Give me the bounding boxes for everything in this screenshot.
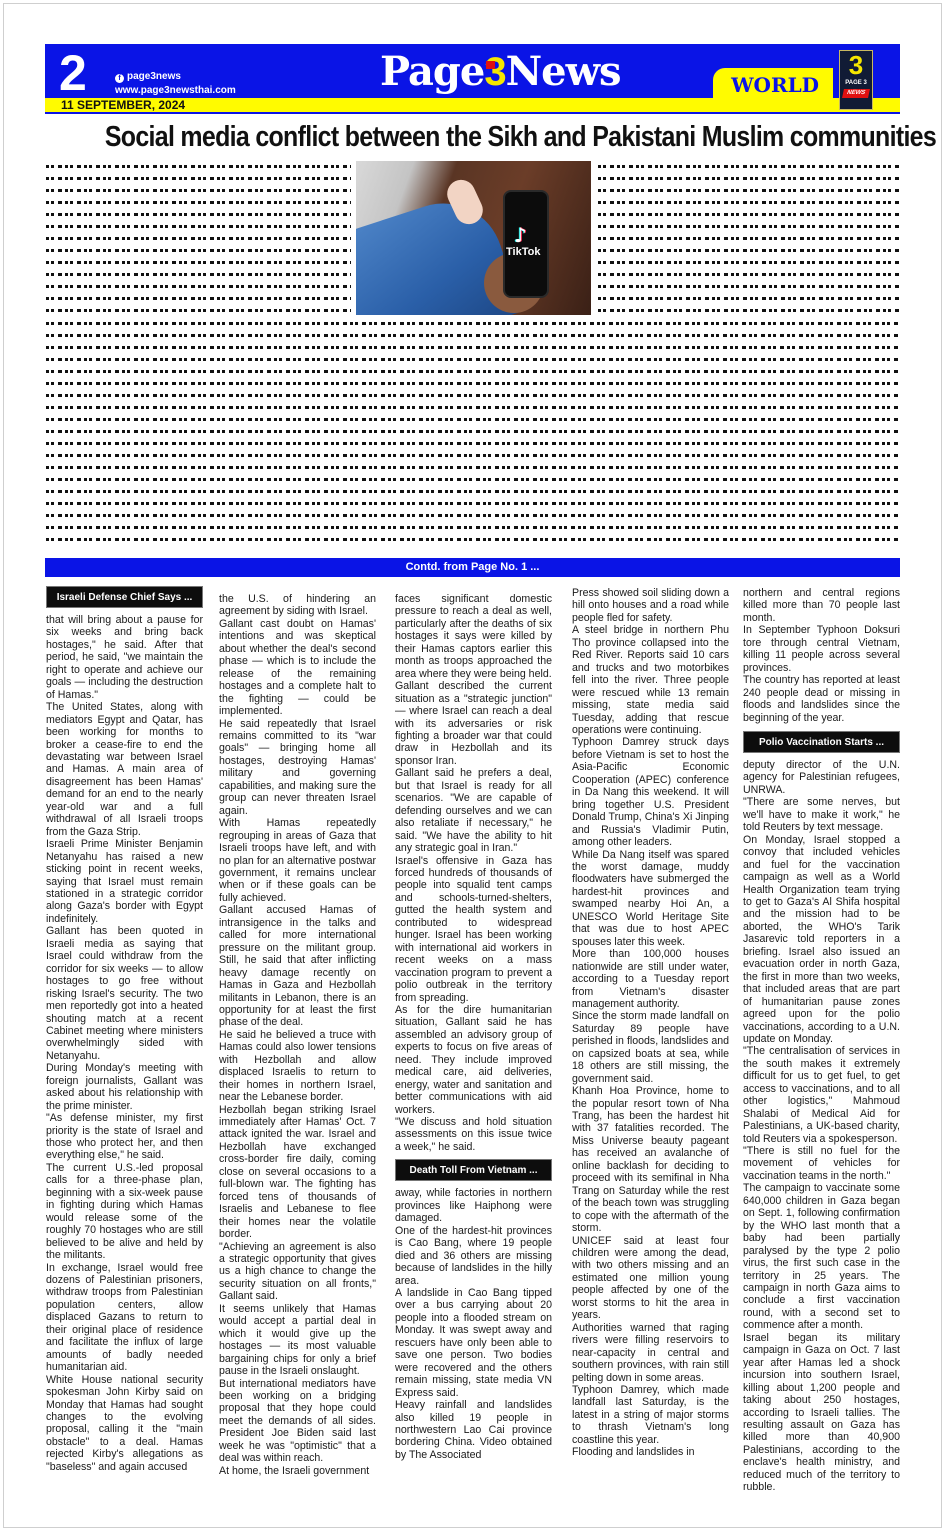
paragraph: While Da Nang itself was spared the wors… (572, 849, 729, 949)
paragraph: the U.S. of hindering an agreement by si… (219, 593, 376, 618)
continued-banner: Contd. from Page No. 1 ... (45, 558, 900, 577)
paragraph: In exchange, Israel would free dozens of… (46, 1262, 203, 1374)
paragraph: The campaign to vaccinate some 640,000 c… (743, 1182, 900, 1331)
paragraph: Flooding and landslides in (572, 1446, 729, 1458)
facebook-icon: f (115, 74, 124, 83)
paragraph: Authorities warned that raging rivers we… (572, 1322, 729, 1384)
masthead: 2 fpage3news www.page3newsthai.com Page3… (45, 44, 900, 114)
paragraph: "There are some nerves, but we'll have t… (743, 796, 900, 833)
paragraph: Hezbollah began striking Israel immediat… (219, 1104, 376, 1241)
paragraph: Gallant cast doubt on Hamas' intentions … (219, 618, 376, 718)
paragraph: "Achieving an agreement is also a strate… (219, 1241, 376, 1303)
paragraph: Khanh Hoa Province, home to the popular … (572, 1085, 729, 1234)
logo-news-text: News (506, 48, 621, 95)
paragraph: "We discuss and hold situation assessmen… (395, 1116, 552, 1153)
paragraph: With Hamas repeatedly regrouping in area… (219, 817, 376, 904)
paragraph: "As defense minister, my first priority … (46, 1112, 203, 1162)
website-link[interactable]: www.page3newsthai.com (115, 84, 236, 98)
scrambled-text-block (598, 165, 900, 321)
paragraph: UNICEF said at least four children were … (572, 1235, 729, 1322)
article-column-4: Press showed soil sliding down a hill on… (572, 587, 729, 1459)
tiktok-icon: ♪ (514, 223, 527, 247)
article-column-5: northern and central regions killed more… (743, 587, 900, 1494)
facebook-handle[interactable]: page3news (127, 71, 181, 82)
paragraph: Gallant accused Hamas of intransigence i… (219, 904, 376, 1029)
paragraph: Gallant described the current situation … (395, 680, 552, 767)
paragraph: Israel began its military campaign in Ga… (743, 1332, 900, 1494)
section-header-polio-vaccination: Polio Vaccination Starts ... (743, 731, 900, 753)
paragraph: He said he believed a truce with Hamas c… (219, 1029, 376, 1104)
tiktok-label: TikTok (506, 246, 540, 258)
paragraph: At home, the Israeli government (219, 1465, 376, 1477)
paragraph: Heavy rainfall and landslides also kille… (395, 1399, 552, 1461)
logo-three: 3 (484, 50, 505, 94)
paragraph: Israeli Prime Minister Benjamin Netanyah… (46, 838, 203, 925)
tiktok-photo: ♪ TikTok (356, 161, 591, 315)
badge-tag: NEWS (842, 89, 870, 98)
page3-badge-logo: 3 PAGE 3 NEWS (839, 50, 873, 110)
paragraph: Press showed soil sliding down a hill on… (572, 587, 729, 624)
paragraph: Since the storm made landfall on Saturda… (572, 1010, 729, 1085)
paragraph: "The centralisation of services in the s… (743, 1045, 900, 1145)
paragraph: More than 100,000 houses nationwide are … (572, 948, 729, 1010)
social-info: fpage3news www.page3newsthai.com (115, 70, 236, 98)
paragraph: Israel's offensive in Gaza has forced hu… (395, 855, 552, 1004)
paragraph: A landslide in Cao Bang tipped over a bu… (395, 1287, 552, 1399)
scrambled-text-block (46, 322, 900, 550)
logo-page-text: Page (380, 48, 484, 95)
section-header-israeli-defense: Israeli Defense Chief Says ... (46, 586, 203, 608)
section-label: WORLD (731, 73, 819, 97)
article-column-1: Israeli Defense Chief Says ... that will… (46, 586, 203, 1473)
paragraph: that will bring about a pause for six we… (46, 614, 203, 701)
newspaper-logo: Page3News (380, 48, 621, 96)
paragraph: The current U.S.-led proposal calls for … (46, 1162, 203, 1262)
paragraph: It seems unlikely that Hamas would accep… (219, 1303, 376, 1378)
paragraph: "There is still no fuel for the movement… (743, 1145, 900, 1182)
paragraph: On Monday, Israel stopped a convoy that … (743, 834, 900, 1046)
paragraph: The United States, along with mediators … (46, 701, 203, 838)
paragraph: Typhoon Damrey, which made landfall last… (572, 1384, 729, 1446)
paragraph: During Monday's meeting with foreign jou… (46, 1062, 203, 1112)
paragraph: White House national security spokesman … (46, 1374, 203, 1474)
issue-date: 11 SEPTEMBER, 2024 (61, 98, 185, 112)
section-tab: WORLD (713, 68, 833, 100)
article-column-2: the U.S. of hindering an agreement by si… (219, 593, 376, 1477)
section-header-vietnam-death-toll: Death Toll From Vietnam ... (395, 1159, 552, 1181)
paragraph: A steel bridge in northern Phu Tho provi… (572, 624, 729, 736)
paragraph: But international mediators have been wo… (219, 1378, 376, 1465)
paragraph: Gallant said he prefers a deal, but that… (395, 767, 552, 854)
main-headline: Social media conflict between the Sikh a… (105, 121, 840, 154)
paragraph: The country has reported at least 240 pe… (743, 674, 900, 724)
paragraph: One of the hardest-hit provinces is Cao … (395, 1225, 552, 1287)
paragraph: deputy director of the U.N. agency for P… (743, 759, 900, 796)
page-number: 2 (59, 46, 87, 100)
paragraph: As for the dire humanitarian situation, … (395, 1004, 552, 1116)
paragraph: northern and central regions killed more… (743, 587, 900, 624)
paragraph: In September Typhoon Doksuri tore throug… (743, 624, 900, 674)
paragraph: Gallant has been quoted in Israeli media… (46, 925, 203, 1062)
paragraph: He said repeatedly that Israel remains c… (219, 718, 376, 818)
badge-label: PAGE 3 (840, 79, 872, 87)
article-column-3: faces significant domestic pressure to r… (395, 593, 552, 1461)
paragraph: faces significant domestic pressure to r… (395, 593, 552, 680)
badge-number: 3 (840, 51, 872, 79)
scrambled-text-block (46, 165, 351, 321)
paragraph: Typhoon Damrey struck days before Vietna… (572, 736, 729, 848)
paragraph: away, while factories in northern provin… (395, 1187, 552, 1224)
